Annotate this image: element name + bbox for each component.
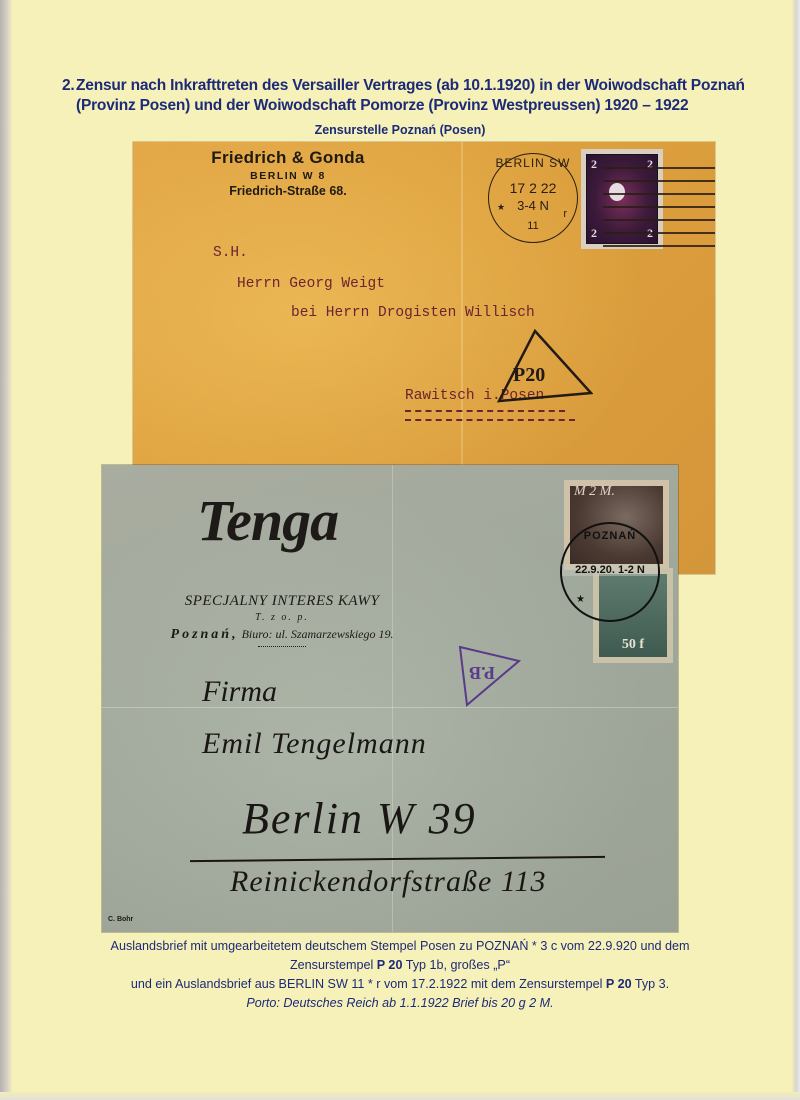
page-subheading: Zensurstelle Poznań (Posen) [0,123,800,137]
envelope-crease [102,707,678,708]
caption-text: Typ 3. [632,977,670,991]
handwritten-line-2: Emil Tengelmann [202,727,427,761]
star-icon: ★ [576,594,585,605]
handwritten-line-4: Reinickendorfstraße 113 [230,865,547,899]
heading-text-1: Zensur nach Inkrafttreten des Versailler… [76,77,745,94]
caption-line-3: und ein Auslandsbrief aus BERLIN SW 11 *… [0,975,800,994]
postmark-office: 11 [489,220,577,232]
sender-name: Friedrich & Gonda [173,148,403,168]
stamp-value: M 2 M. [574,484,615,500]
envelope-poznan: Tenga SPECJALNY INTERES KAWY T. z o. p. … [102,465,678,932]
postmark-city: BERLIN SW [489,156,577,170]
company-logo: Tenga [197,487,338,554]
stamp-value: 2 [591,226,597,241]
heading-number: 2. [62,76,76,96]
postmark-date: 22.9.20. 1-2 N [562,564,658,576]
company-type: T. z o. p. [122,612,442,623]
envelope-crease [392,465,393,932]
address-line-1: S.H. [213,245,248,261]
address-line-3: bei Herrn Drogisten Willisch [291,305,535,321]
postmark-poznan: POZNAŃ 22.9.20. 1-2 N ★ [560,522,660,622]
censor-mark-label: P20 [513,364,545,387]
machine-cancel-lines [603,156,715,251]
sender-street: Friedrich-Straße 68. [173,184,403,198]
address-line-2: Herrn Georg Weigt [237,276,385,292]
caption-line-1: Auslandsbrief mit umgearbeitetem deutsch… [0,937,800,956]
censor-mark-violet: P.B [457,641,537,716]
stamp-value: 2 [591,157,597,172]
dotted-divider [258,646,306,647]
caption: Auslandsbrief mit umgearbeitetem deutsch… [0,937,800,1013]
page-edge-right [792,0,800,1100]
underline-dashes [405,419,575,421]
handwritten-underline [190,856,605,862]
caption-bold: P 20 [377,958,403,972]
triangle-icon: P.B [457,641,537,711]
censor-mark-p20: P20 [493,327,593,412]
caption-bold: P 20 [606,977,632,991]
company-city: Poznań, [171,627,239,642]
stamp-value: 50 f [593,637,673,653]
company-street: Biuro: ul. Szamarzewskiego 19. [242,627,394,641]
caption-line-2: Zensurstempel P 20 Typ 1b, großes „P“ [0,956,800,975]
company-imprint: SPECJALNY INTERES KAWY T. z o. p. Poznań… [122,593,442,647]
postmark-date: 17 2 22 [489,180,577,196]
page-heading: 2.Zensur nach Inkrafttreten des Versaill… [62,76,782,116]
postmark-letter: r [563,208,567,220]
sender-city: BERLIN W 8 [173,170,403,182]
svg-text:P.B: P.B [469,663,495,683]
printer-mark: C. Bohr [108,916,133,923]
caption-text: und ein Auslandsbrief aus BERLIN SW 11 *… [131,977,606,991]
star-icon: ★ [497,202,505,213]
page-edge-bottom [0,1092,800,1100]
heading-line-1: 2.Zensur nach Inkrafttreten des Versaill… [62,76,782,96]
company-address: Poznań, Biuro: ul. Szamarzewskiego 19. [122,627,442,643]
company-tagline: SPECJALNY INTERES KAWY [122,593,442,610]
page-edge-left [0,0,12,1100]
postmark-city: POZNAŃ [562,530,658,542]
caption-postage-note: Porto: Deutsches Reich ab 1.1.1922 Brief… [0,994,800,1013]
handwritten-line-3: Berlin W 39 [242,793,477,844]
postmark-berlin: BERLIN SW 17 2 22 3-4 N 11 ★ r [488,153,578,243]
caption-text: Zensurstempel [290,958,377,972]
caption-text: Typ 1b, großes „P“ [402,958,510,972]
sender-imprint: Friedrich & Gonda BERLIN W 8 Friedrich-S… [173,148,403,198]
handwritten-line-1: Firma [202,675,277,709]
heading-line-2: (Provinz Posen) und der Woiwodschaft Pom… [62,96,782,116]
